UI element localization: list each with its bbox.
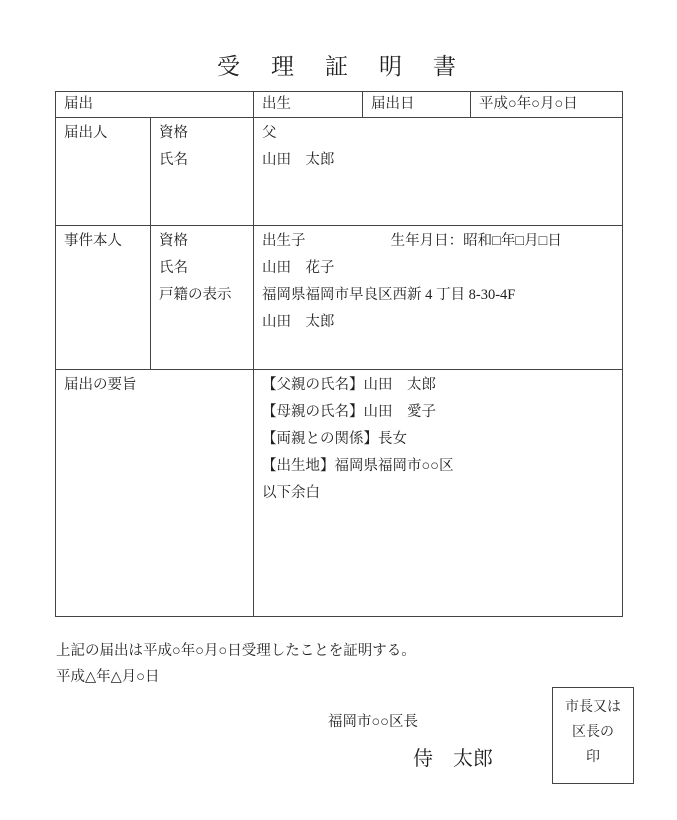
header-row: 届出 出生 届出日 平成○年○月○日	[56, 92, 622, 117]
subject-qualification-label: 資格	[159, 228, 245, 255]
subject-name-label: 氏名	[159, 255, 245, 282]
summary-content: 【父親の氏名】山田 太郎 【母親の氏名】山田 愛子 【両親との関係】長女 【出生…	[253, 370, 622, 616]
subject-birth-date: 生年月日：昭和□年□月□日	[391, 233, 562, 249]
notifier-row-label: 届出人	[56, 118, 150, 225]
certificate-table: 届出 出生 届出日 平成○年○月○日 届出人 資格 氏名 父 山田 太郎 事件本…	[55, 91, 623, 617]
stamp-box: 市長又は 区長の 印	[552, 687, 634, 784]
notifier-qualification-label: 資格	[159, 120, 245, 147]
notification-date-value: 平成○年○月○日	[470, 92, 622, 117]
subject-field-labels: 資格 氏名 戸籍の表示	[150, 226, 253, 369]
notifier-qualification-value: 父	[262, 120, 614, 147]
notifier-field-values: 父 山田 太郎	[253, 118, 622, 225]
summary-row-label: 届出の要旨	[56, 370, 253, 616]
notification-type-label: 届出	[56, 92, 253, 117]
summary-line-birthplace: 【出生地】福岡県福岡市○○区	[262, 453, 614, 480]
summary-line-remainder-blank: 以下余白	[262, 480, 614, 507]
stamp-line-1: 市長又は	[553, 695, 633, 720]
summary-row: 届出の要旨 【父親の氏名】山田 太郎 【母親の氏名】山田 愛子 【両親との関係】…	[56, 369, 622, 616]
summary-line-father: 【父親の氏名】山田 太郎	[262, 372, 614, 399]
document-title: 受 理 証 明 書	[0, 48, 677, 81]
certificate-page: 受 理 証 明 書 届出 出生 届出日 平成○年○月○日 届出人 資格 氏名 父…	[0, 0, 677, 820]
subject-qualification-line: 出生子 生年月日：昭和□年□月□日	[262, 228, 614, 255]
issuer-office: 福岡市○○区長	[328, 710, 418, 731]
stamp-line-2: 区長の	[553, 720, 633, 745]
notification-type-value: 出生	[253, 92, 362, 117]
subject-field-values: 出生子 生年月日：昭和□年□月□日 山田 花子 福岡県福岡市早良区西新 4 丁目…	[253, 226, 622, 369]
notification-date-label: 届出日	[362, 92, 470, 117]
subject-registry-head: 山田 太郎	[262, 309, 614, 336]
certification-statement: 上記の届出は平成○年○月○日受理したことを証明する。	[56, 638, 416, 664]
certification-block: 上記の届出は平成○年○月○日受理したことを証明する。 平成△年△月○日	[56, 638, 416, 690]
issue-date: 平成△年△月○日	[56, 664, 416, 690]
summary-line-relation: 【両親との関係】長女	[262, 426, 614, 453]
subject-qualification-value: 出生子	[262, 228, 387, 255]
subject-registry-label: 戸籍の表示	[159, 282, 245, 309]
notifier-field-labels: 資格 氏名	[150, 118, 253, 225]
issuer-name: 侍 太郎	[413, 742, 493, 771]
subject-row: 事件本人 資格 氏名 戸籍の表示 出生子 生年月日：昭和□年□月□日 山田 花子…	[56, 225, 622, 369]
subject-registry-address: 福岡県福岡市早良区西新 4 丁目 8-30-4F	[262, 282, 614, 309]
subject-name-value: 山田 花子	[262, 255, 614, 282]
subject-row-label: 事件本人	[56, 226, 150, 369]
notifier-name-label: 氏名	[159, 147, 245, 174]
notifier-row: 届出人 資格 氏名 父 山田 太郎	[56, 117, 622, 225]
summary-line-mother: 【母親の氏名】山田 愛子	[262, 399, 614, 426]
notifier-name-value: 山田 太郎	[262, 147, 614, 174]
stamp-line-3: 印	[553, 745, 633, 770]
